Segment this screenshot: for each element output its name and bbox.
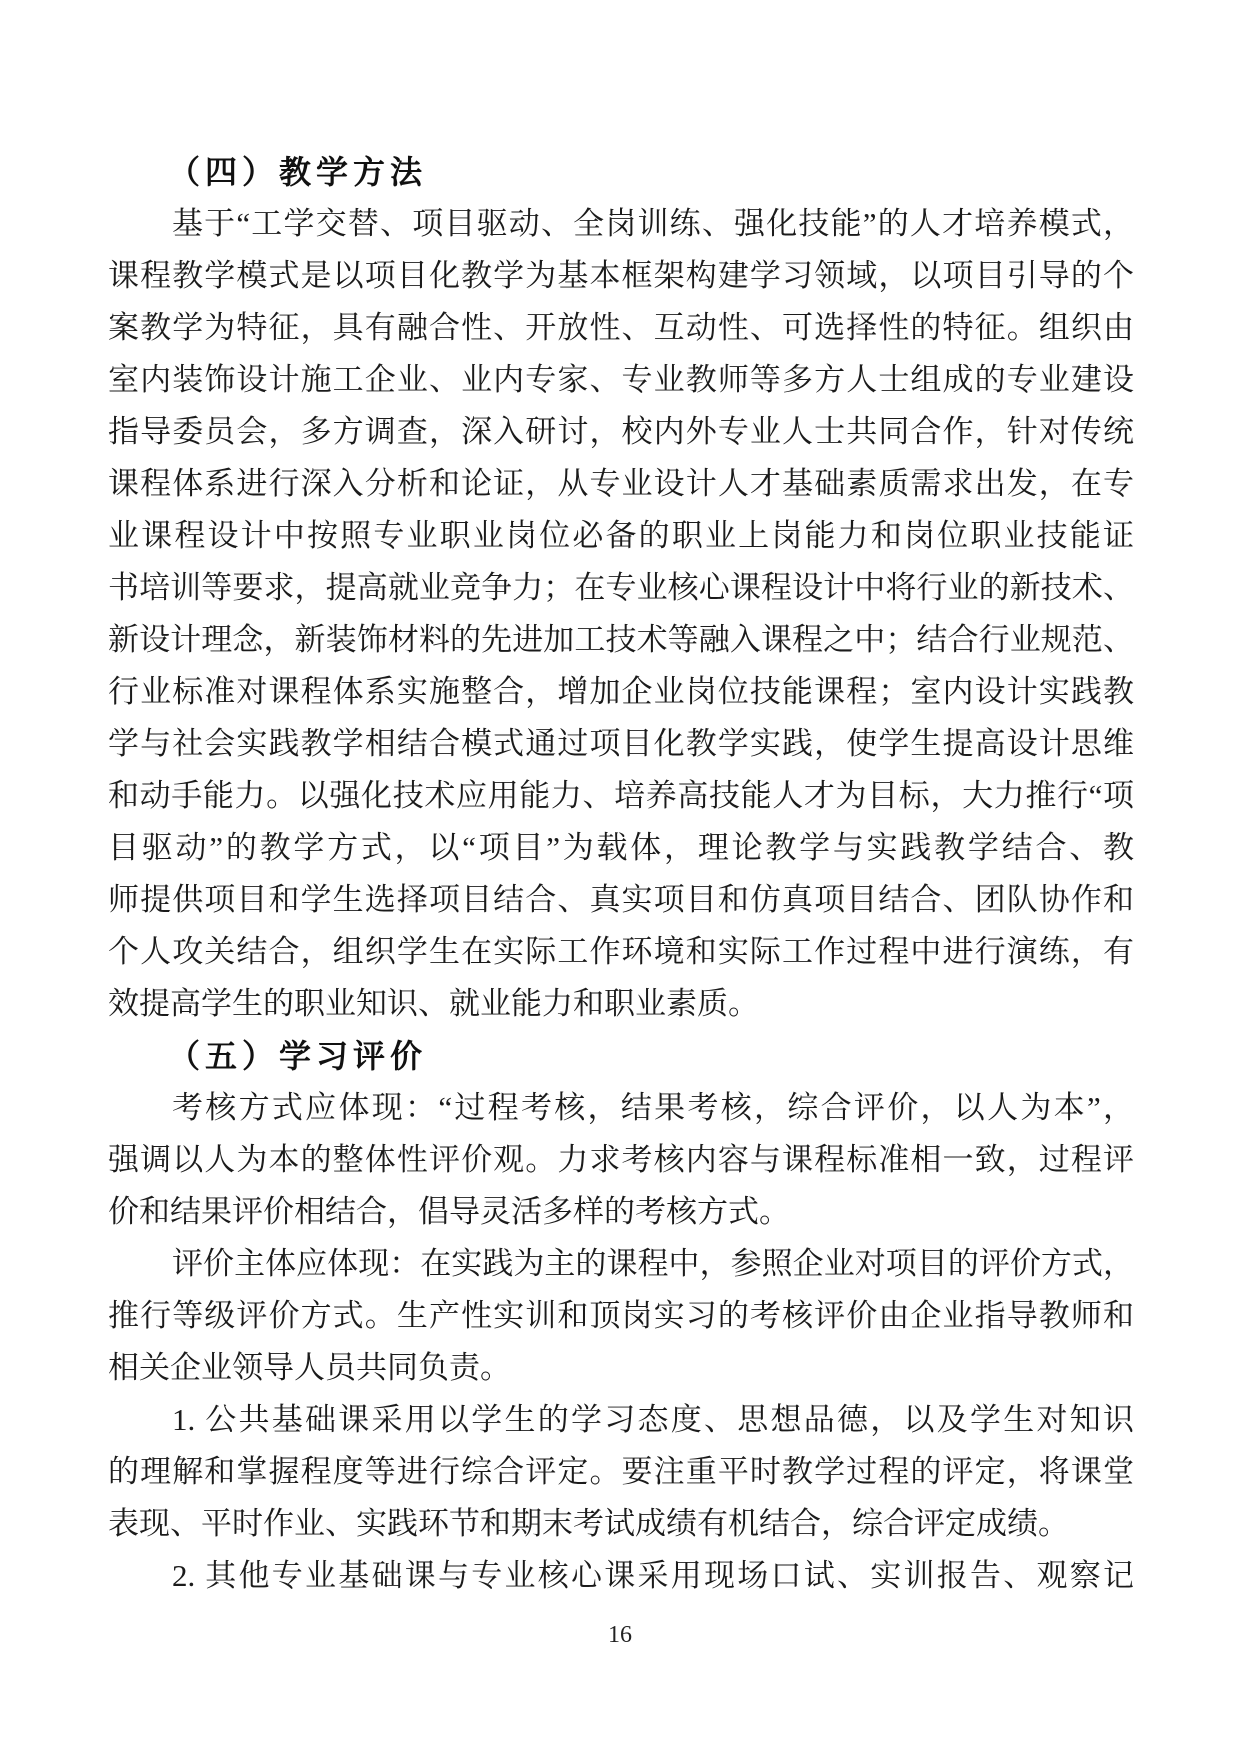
document-body: （四）教学方法 基于“工学交替、项目驱动、全岗训练、强化技能”的人才培养模式， …: [108, 146, 1134, 1602]
body-line: 个人攻关结合，组织学生在实际工作环境和实际工作过程中进行演练，有: [108, 926, 1134, 978]
document-page: （四）教学方法 基于“工学交替、项目驱动、全岗训练、强化技能”的人才培养模式， …: [0, 0, 1240, 1754]
section-heading-teaching-methods: （四）教学方法: [108, 146, 1134, 198]
body-line: 表现、平时作业、实践环节和期末考试成绩有机结合，综合评定成绩。: [108, 1498, 1134, 1550]
body-line: 师提供项目和学生选择项目结合、真实项目和仿真项目结合、团队协作和: [108, 874, 1134, 926]
body-line: 和动手能力。以强化技术应用能力、培养高技能人才为目标，大力推行“项: [108, 770, 1134, 822]
body-line: 的理解和掌握程度等进行综合评定。要注重平时教学过程的评定，将课堂: [108, 1446, 1134, 1498]
body-line: 新设计理念，新装饰材料的先进加工技术等融入课程之中；结合行业规范、: [108, 614, 1134, 666]
body-line: 基于“工学交替、项目驱动、全岗训练、强化技能”的人才培养模式，: [108, 198, 1134, 250]
body-line: 价和结果评价相结合，倡导灵活多样的考核方式。: [108, 1186, 1134, 1238]
body-line: 学与社会实践教学相结合模式通过项目化教学实践，使学生提高设计思维: [108, 718, 1134, 770]
body-line: 相关企业领导人员共同负责。: [108, 1342, 1134, 1394]
body-line: 课程体系进行深入分析和论证，从专业设计人才基础素质需求出发，在专: [108, 458, 1134, 510]
page-number: 16: [608, 1622, 632, 1648]
section-heading-learning-evaluation: （五）学习评价: [108, 1030, 1134, 1082]
body-line: 效提高学生的职业知识、就业能力和职业素质。: [108, 978, 1134, 1030]
body-line: 强调以人为本的整体性评价观。力求考核内容与课程标准相一致，过程评: [108, 1134, 1134, 1186]
body-line: 课程教学模式是以项目化教学为基本框架构建学习领域，以项目引导的个: [108, 250, 1134, 302]
body-line: 评价主体应体现：在实践为主的课程中，参照企业对项目的评价方式，: [108, 1238, 1134, 1290]
body-line: 目驱动”的教学方式，以“项目”为载体，理论教学与实践教学结合、教: [108, 822, 1134, 874]
page-footer: 16: [0, 1620, 1240, 1650]
body-line: 书培训等要求，提高就业竞争力；在专业核心课程设计中将行业的新技术、: [108, 562, 1134, 614]
body-line: 考核方式应体现：“过程考核，结果考核，综合评价，以人为本”，: [108, 1082, 1134, 1134]
body-line: 指导委员会，多方调查，深入研讨，校内外专业人士共同合作，针对传统: [108, 406, 1134, 458]
body-line: 行业标准对课程体系实施整合，增加企业岗位技能课程；室内设计实践教: [108, 666, 1134, 718]
body-line: 推行等级评价方式。生产性实训和顶岗实习的考核评价由企业指导教师和: [108, 1290, 1134, 1342]
body-line: 1. 公共基础课采用以学生的学习态度、思想品德，以及学生对知识: [108, 1394, 1134, 1446]
body-line: 案教学为特征，具有融合性、开放性、互动性、可选择性的特征。组织由: [108, 302, 1134, 354]
body-line: 室内装饰设计施工企业、业内专家、专业教师等多方人士组成的专业建设: [108, 354, 1134, 406]
body-line: 2. 其他专业基础课与专业核心课采用现场口试、实训报告、观察记: [108, 1550, 1134, 1602]
body-line: 业课程设计中按照专业职业岗位必备的职业上岗能力和岗位职业技能证: [108, 510, 1134, 562]
